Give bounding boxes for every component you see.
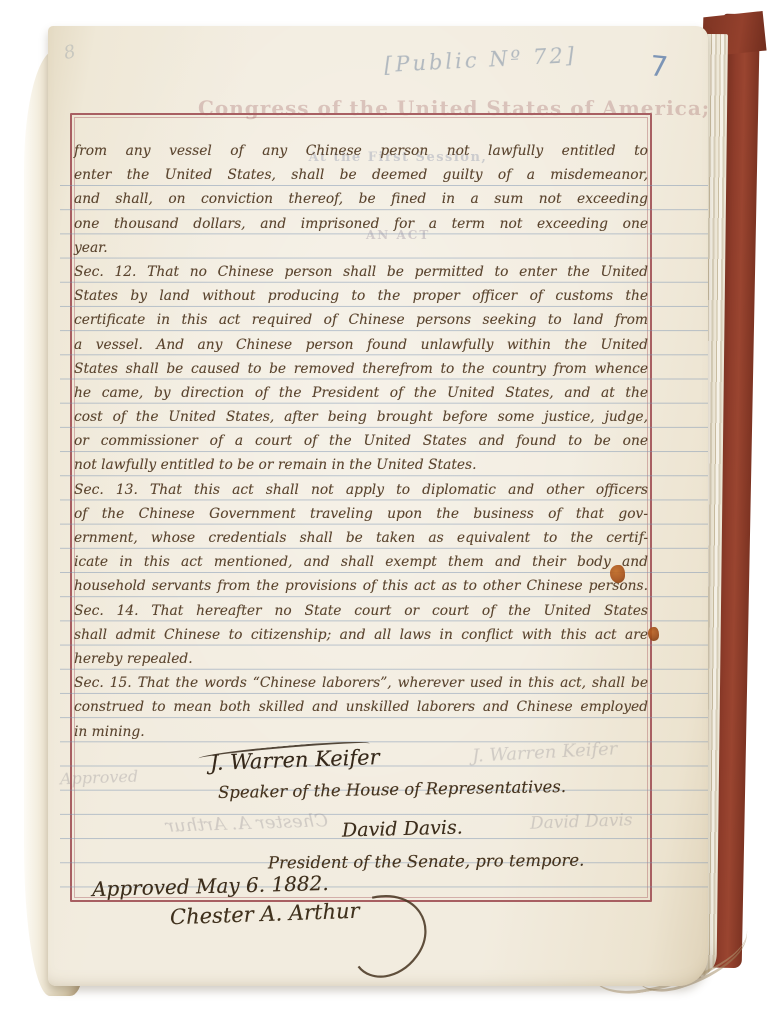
manuscript-line: household servants from the provisions o… — [74, 574, 648, 598]
manuscript-line: Sec. 13. That this act shall not apply t… — [74, 478, 648, 502]
manuscript-line: hereby repealed. — [74, 647, 648, 671]
ink-stain — [610, 565, 625, 583]
manuscript-line: Sec. 12. That no Chinese person shall be… — [74, 260, 648, 284]
manuscript-line: he came, by direction of the President o… — [74, 381, 648, 405]
public-number-annotation: [Public Nº 72] — [384, 43, 578, 77]
manuscript-line: cost of the United States, after being b… — [74, 405, 648, 429]
manuscript-line: construed to mean both skilled and unski… — [74, 695, 648, 719]
manuscript-line: enter the United States, shall be deemed… — [74, 163, 648, 187]
manuscript-line: one thousand dollars, and imprisoned for… — [74, 212, 648, 236]
manuscript-line: Sec. 14. That hereafter no State court o… — [74, 599, 648, 623]
pencil-corner-mark: 8 — [62, 41, 78, 64]
manuscript-line: ernment, whose credentials shall be take… — [74, 526, 648, 550]
manuscript-line: year. — [74, 236, 648, 260]
manuscript-line: icate in this act mentioned, and shall e… — [74, 550, 648, 574]
photographed-ledger-scene: Congress of the United States of America… — [0, 0, 776, 1024]
manuscript-page: Congress of the United States of America… — [48, 26, 708, 986]
manuscript-line: States by land without producing to the … — [74, 284, 648, 308]
manuscript-line: shall admit Chinese to citizenship; and … — [74, 623, 648, 647]
davis-signature: David Davis. — [342, 816, 463, 841]
ink-stain — [648, 627, 659, 641]
president-pro-tempore-title: President of the Senate, pro tempore. — [268, 851, 585, 873]
manuscript-line: Sec. 15. That the words “Chinese laborer… — [74, 671, 648, 695]
signature-flourish-icon — [347, 886, 453, 1002]
ghost-approved-mark: Approved — [60, 767, 139, 789]
manuscript-line: a vessel. And any Chinese person found u… — [74, 333, 648, 357]
manuscript-line: of the Chinese Government traveling upon… — [74, 502, 648, 526]
page-number: 7 — [648, 49, 669, 84]
manuscript-line: not lawfully entitled to be or remain in… — [74, 453, 648, 477]
manuscript-line: States shall be caused to be removed the… — [74, 357, 648, 381]
ghost-davis-signature: David Davis — [530, 810, 633, 834]
manuscript-line: or commissioner of a court of the United… — [74, 429, 648, 453]
manuscript-line: from any vessel of any Chinese person no… — [74, 139, 648, 163]
manuscript-line: and shall, on conviction thereof, be fin… — [74, 187, 648, 211]
manuscript-line: certificate in this act required of Chin… — [74, 308, 648, 332]
manuscript-lines: from any vessel of any Chinese person no… — [74, 139, 648, 744]
